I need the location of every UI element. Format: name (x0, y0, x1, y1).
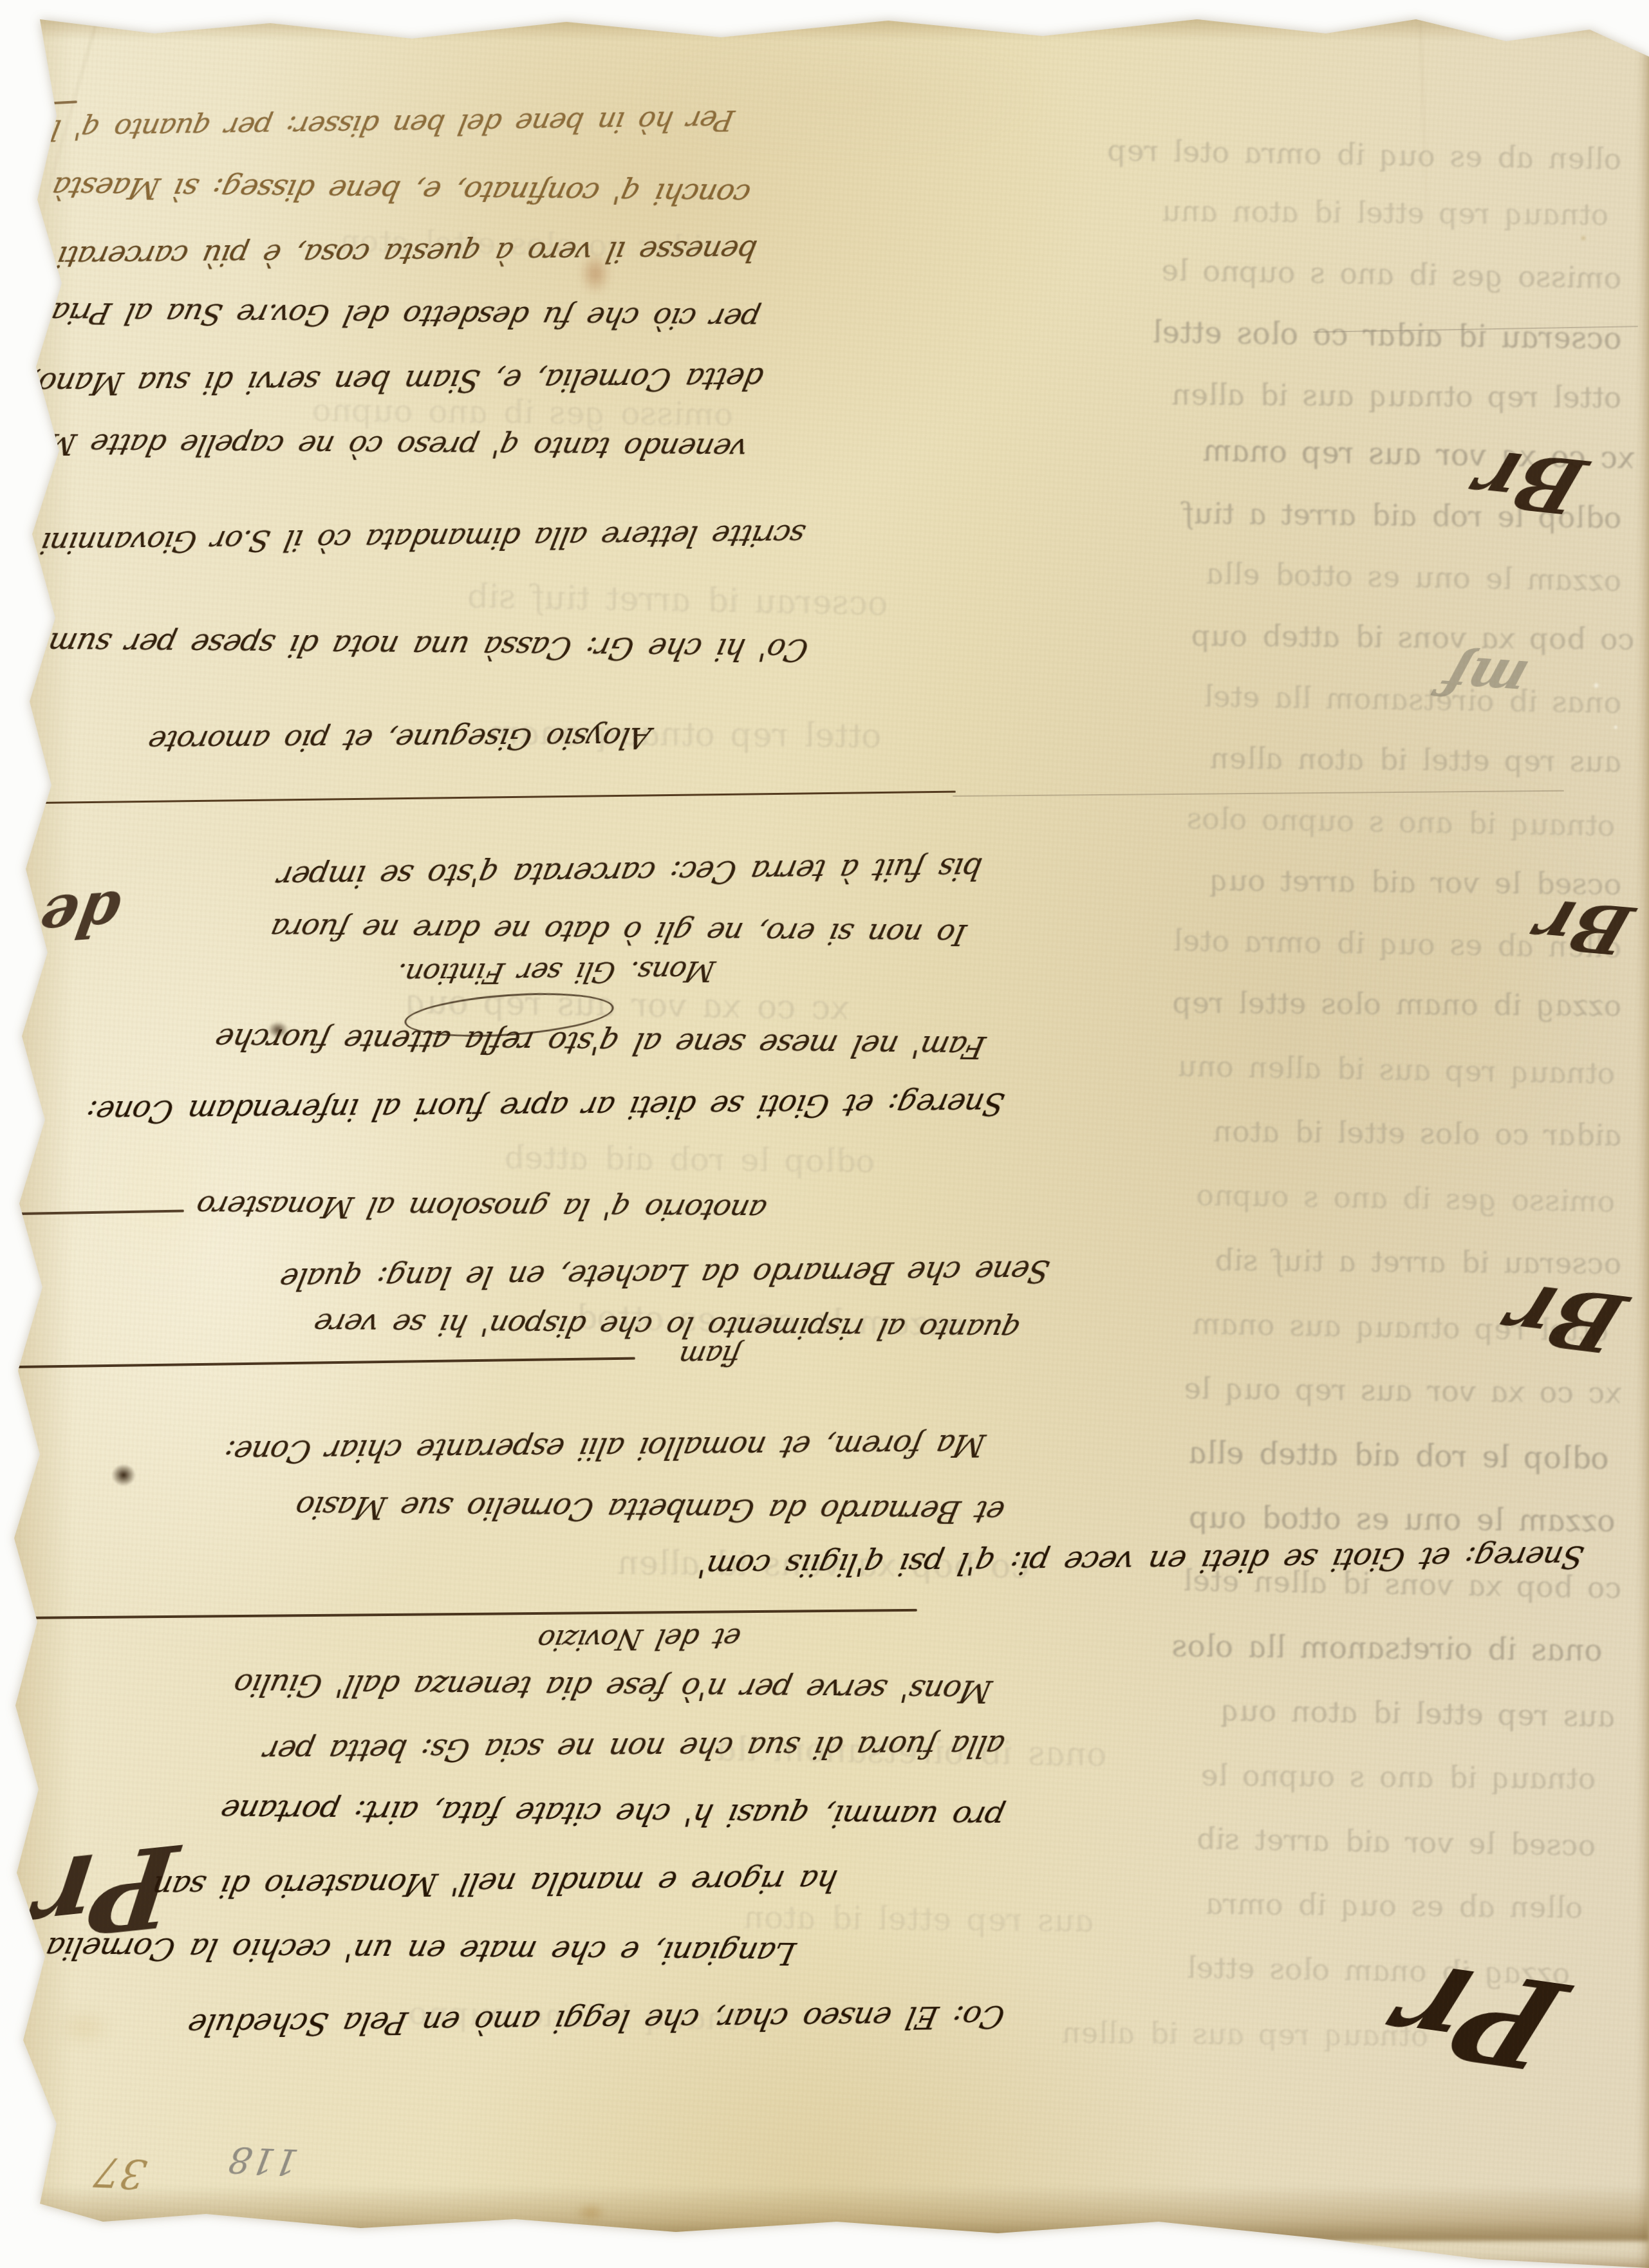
separator-rule (19, 1609, 917, 1619)
script-line: Langiani, e che mate en un' cechio la Co… (70, 1929, 799, 1973)
margin-flourish: Br (1495, 1272, 1635, 1363)
bleedthrough-line: omisso ges ib ano s oupno le (1052, 251, 1626, 296)
margin-flourish: de (35, 882, 124, 947)
bleedthrough-line: omisso ges ib ano s oupno (1001, 1175, 1619, 1220)
bleedthrough-line: ozzam le onu es ottod oup (1001, 1498, 1619, 1540)
script-line: detta Cornelia, e, Siam ben servi di sua… (86, 359, 767, 402)
bleedthrough-line: otnauq rep ettel id aton anu (1001, 192, 1612, 232)
script-line: et Bernardo da Gambetta Cornelio sue Mas… (189, 1487, 1009, 1530)
paper: ollen ab es ouq ib omra otel repotnauq r… (0, 0, 1649, 2268)
script-line: Aloysio Gisegune, et pio amorote (176, 720, 654, 760)
script-line: venendo tanto q' preso cò ne capelle dat… (96, 426, 751, 467)
margin-flourish: Pr (28, 1828, 183, 1954)
bleedthrough-line: onas ib oiretsanom lla olos (962, 1626, 1606, 1669)
script-line: Ma forem, et nomalloi alii esperante chi… (35, 1426, 989, 1472)
separator-rule (18, 1209, 184, 1215)
separator-rule (953, 790, 1564, 797)
stain (1579, 234, 1588, 243)
page-number-pencil: 118 (226, 2141, 301, 2179)
bleedthrough-line: ozzam le onu es ottod ella (1039, 553, 1626, 599)
script-line: Mons. Gli ser Fintion. (408, 953, 718, 991)
bleedthrough-line: co bop xa vons id atteb oup (1065, 617, 1638, 658)
script-line: alla fuora di sua che non ne scia Gs: be… (93, 1726, 1008, 1771)
script-line: quanto al rispimento lo che dispon' hi s… (215, 1305, 1025, 1348)
script-line: scritte lettere alla dimandata cò il S.o… (96, 516, 808, 561)
bleedthrough-line: ottel rep otnauq aus id allen (1039, 376, 1625, 415)
bleedthrough-line: ocserau id aidar co olos ettel (988, 312, 1626, 357)
script-line: Io non si ero, ne gli ò dato ne dare ne … (144, 909, 970, 953)
script-line: benesse il vero à questa cosa, è più car… (70, 232, 760, 275)
script-line: Per hò in bene del ben disser: per quant… (93, 102, 738, 147)
stain (1612, 723, 1619, 731)
separator-rule (16, 1357, 635, 1368)
paper-shadow: ollen ab es ouq ib omra otel repotnauq r… (0, 0, 1649, 2268)
stain (569, 2198, 613, 2227)
bleedthrough-line: ocsed le vor aid arret ouq (1039, 861, 1625, 903)
script-line: Co: El enseo char, che leggi amò en Pela… (19, 1997, 1008, 2046)
script-line: ha rigore e mandla nell' Monasterio di s… (112, 1861, 841, 1906)
bleedthrough-line: otnauq rep aus id allen onu (988, 1045, 1619, 1092)
script-line: per ciò che fu desdetto del Gov.re Sua a… (67, 294, 764, 337)
bleedthrough-line: ocsed le vor aid arret sib (1001, 1817, 1600, 1863)
bleedthrough-line: onas ib oiretsanom lla etel (1001, 676, 1625, 721)
script-line: conchi q' confinato, e, bene disseg: sì … (80, 169, 754, 213)
bleedthrough-line: odlop le rob aid atteb (357, 1137, 879, 1180)
script-line: Co' hi che Gr: Cassà una nota di spese p… (54, 624, 812, 668)
separator-rule (39, 791, 956, 804)
bleedthrough-line: ozzag ib onam olos ettel rep (1039, 984, 1625, 1023)
bleedthrough-line: ollen ab es ouq ib omra (1027, 1884, 1587, 1926)
script-line: bis fuit à terra Cec: carcerata q'sto se… (102, 849, 985, 898)
paper-bottom-deckle (0, 2186, 1649, 2241)
bleedthrough-line: ollen ab es ouq ib omra otel rep (1039, 132, 1626, 178)
margin-flourish: mf (1437, 647, 1534, 706)
script-line: fiam (640, 1337, 744, 1375)
bleedthrough-line: aidar co olos ettel id aton (1039, 1112, 1625, 1154)
separator-rule (31, 100, 77, 106)
script-line: Mons' serve per n'ò fese dia tenenza dal… (93, 1664, 996, 1709)
bleedthrough-line: xc co xa vor aus rep ouq le (1039, 1370, 1625, 1411)
bleedthrough-line: otnauq id ano s oupno olos (988, 797, 1619, 844)
scan-root: ollen ab es ouq ib omra otel repotnauq r… (0, 0, 1649, 2268)
page-number-ink: 37 (92, 2152, 150, 2193)
bleedthrough-line: odlop le rob aid atteb ella (962, 1432, 1613, 1477)
paper-top-edge (0, 17, 1649, 40)
script-line: Sene che Bernardo da Lachete, en le lang… (209, 1252, 1053, 1298)
bleedthrough-line: aus rep ettel id aton allen (1039, 739, 1625, 780)
script-line: anotorio q' la gnosolom al Monastero (163, 1187, 770, 1229)
bleedthrough-line: aus rep ettel id aton ouq (1001, 1689, 1619, 1734)
bleedthrough-line: ocserau id arret tiuf sib (305, 573, 892, 624)
script-line: Snereg: et Gioti se dieti ar apre fuori … (6, 1084, 1008, 1131)
script-line: et del Novizio (550, 1621, 743, 1658)
